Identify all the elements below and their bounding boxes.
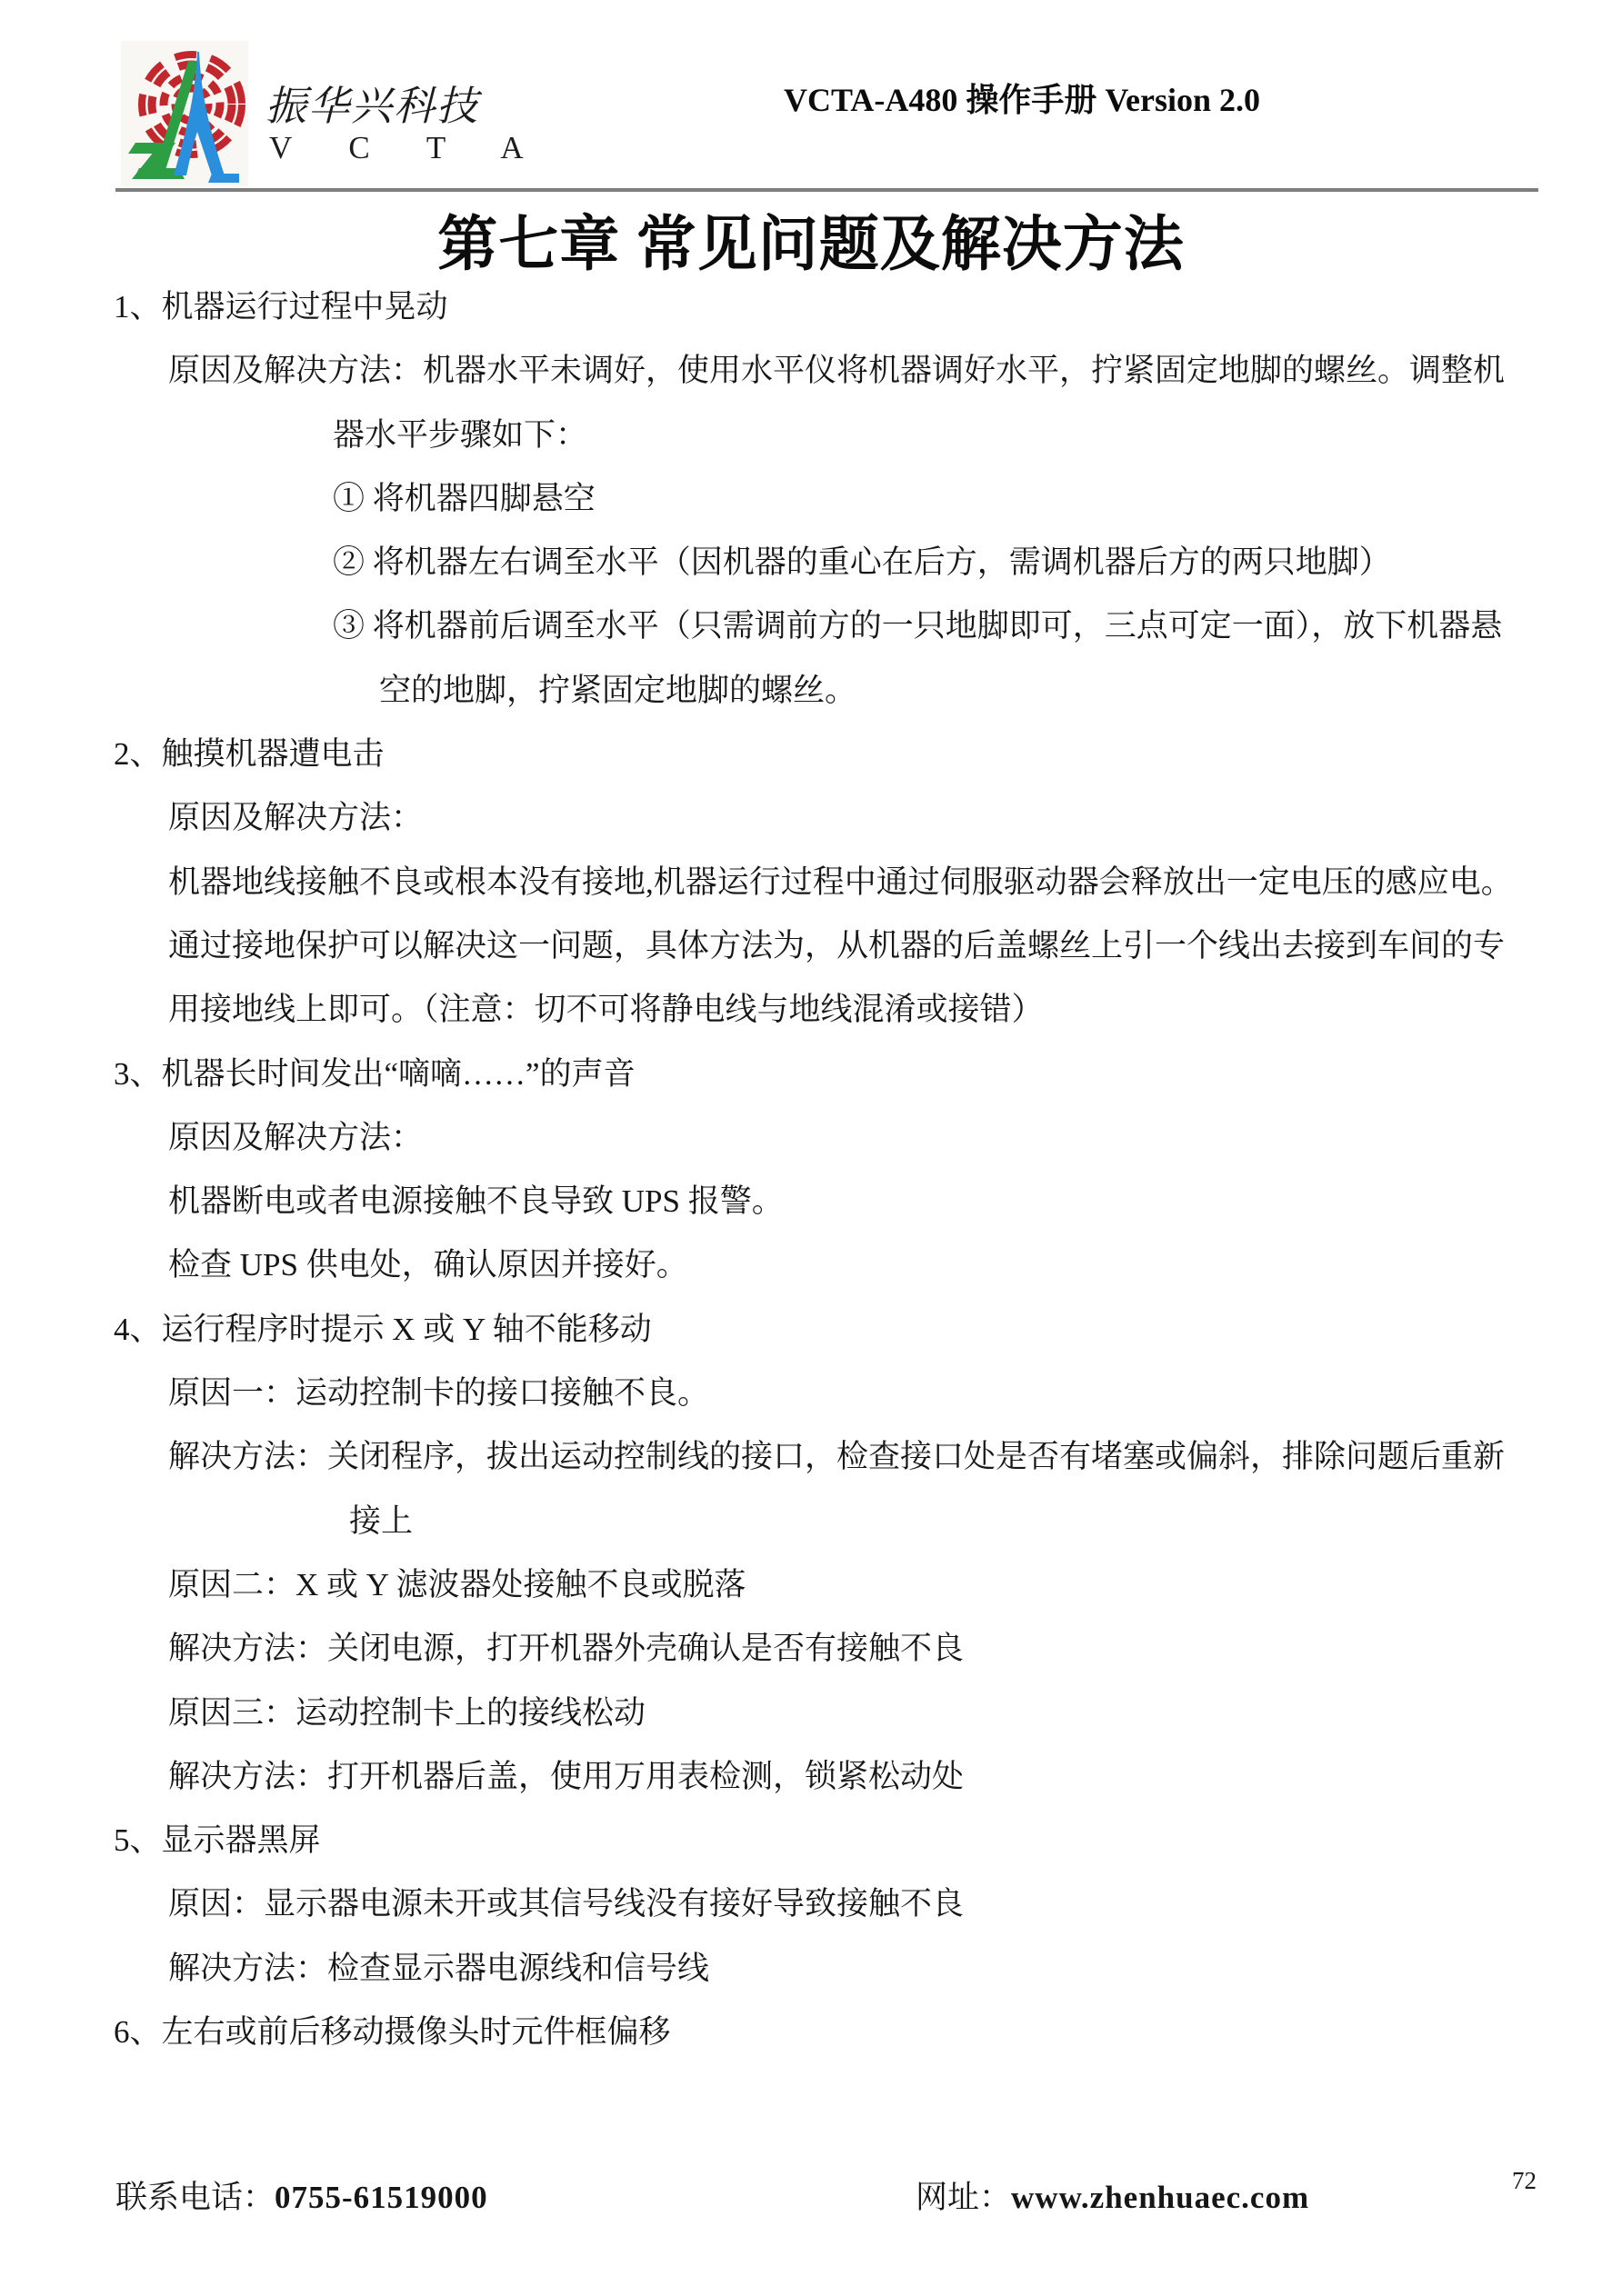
content-line: ② 将机器左右调至水平（因机器的重心在后方，需调机器后方的两只地脚） <box>0 531 1622 594</box>
company-name-en: V C T A <box>269 130 548 166</box>
content-line: 解决方法：打开机器后盖，使用万用表检测，锁紧松动处 <box>0 1745 1622 1809</box>
content-line: 原因：显示器电源未开或其信号线没有接好导致接触不良 <box>0 1872 1622 1936</box>
logo-emblem-icon <box>121 41 248 186</box>
content-line: 器水平步骤如下： <box>0 404 1622 467</box>
phone-label: 联系电话： <box>115 2180 275 2215</box>
content-line: 用接地线上即可。（注意：切不可将静电线与地线混淆或接错） <box>0 978 1622 1042</box>
content-line: 4、运行程序时提示 X 或 Y 轴不能移动 <box>0 1298 1622 1362</box>
content-line: 原因三：运动控制卡上的接线松动 <box>0 1682 1622 1745</box>
content-line: 机器地线接触不良或根本没有接地,机器运行过程中通过伺服驱动器会释放出一定电压的感… <box>0 851 1622 914</box>
content-line: 原因及解决方法： <box>0 786 1622 850</box>
page-number: 72 <box>1512 2167 1537 2195</box>
website-url: www.zhenhuaec.com <box>1011 2180 1309 2215</box>
document-page: 振华兴科技 V C T A VCTA-A480 操作手册 Version 2.0… <box>0 0 1622 2296</box>
content-line: 3、机器长时间发出“嘀嘀……”的声音 <box>0 1043 1622 1106</box>
content-line: 通过接地保护可以解决这一问题，具体方法为，从机器的后盖螺丝上引一个线出去接到车间… <box>0 914 1622 978</box>
company-name-cn: 振华兴科技 <box>265 73 479 132</box>
content-line: 解决方法：关闭程序，拔出运动控制线的接口，检查接口处是否有堵塞或偏斜，排除问题后… <box>0 1425 1622 1489</box>
doc-title: VCTA-A480 操作手册 Version 2.0 <box>784 75 1260 121</box>
content-line: ① 将机器四脚悬空 <box>0 467 1622 531</box>
content-line: 空的地脚，拧紧固定地脚的螺丝。 <box>0 659 1622 723</box>
content-line: 6、左右或前后移动摄像头时元件框偏移 <box>0 2001 1622 2064</box>
website: 网址：www.zhenhuaec.com <box>916 2172 1309 2218</box>
content-line: 原因及解决方法： <box>0 1106 1622 1170</box>
content-line: 2、触摸机器遭电击 <box>0 723 1622 786</box>
content-line: ③ 将机器前后调至水平（只需调前方的一只地脚即可，三点可定一面），放下机器悬 <box>0 594 1622 658</box>
content-line: 1、机器运行过程中晃动 <box>0 275 1622 339</box>
content-line: 解决方法：关闭电源，打开机器外壳确认是否有接触不良 <box>0 1617 1622 1681</box>
company-logo <box>121 41 248 186</box>
content-line: 原因一：运动控制卡的接口接触不良。 <box>0 1362 1622 1425</box>
phone-number: 0755-61519000 <box>275 2180 488 2215</box>
website-label: 网址： <box>916 2180 1011 2215</box>
content-line: 检查 UPS 供电处，确认原因并接好。 <box>0 1233 1622 1297</box>
content-line: 解决方法：检查显示器电源线和信号线 <box>0 1937 1622 2001</box>
chapter-title: 第七章 常见问题及解决方法 <box>0 195 1622 272</box>
header-divider <box>115 188 1538 192</box>
content-line: 机器断电或者电源接触不良导致 UPS 报警。 <box>0 1170 1622 1233</box>
content-line: 原因二：X 或 Y 滤波器处接触不良或脱落 <box>0 1553 1622 1617</box>
content-line: 5、显示器黑屏 <box>0 1809 1622 1872</box>
content-line: 原因及解决方法：机器水平未调好，使用水平仪将机器调好水平，拧紧固定地脚的螺丝。调… <box>0 339 1622 403</box>
content: 1、机器运行过程中晃动原因及解决方法：机器水平未调好，使用水平仪将机器调好水平，… <box>0 275 1622 2064</box>
content-line: 接上 <box>0 1490 1622 1553</box>
contact-phone: 联系电话：0755-61519000 <box>115 2172 488 2218</box>
